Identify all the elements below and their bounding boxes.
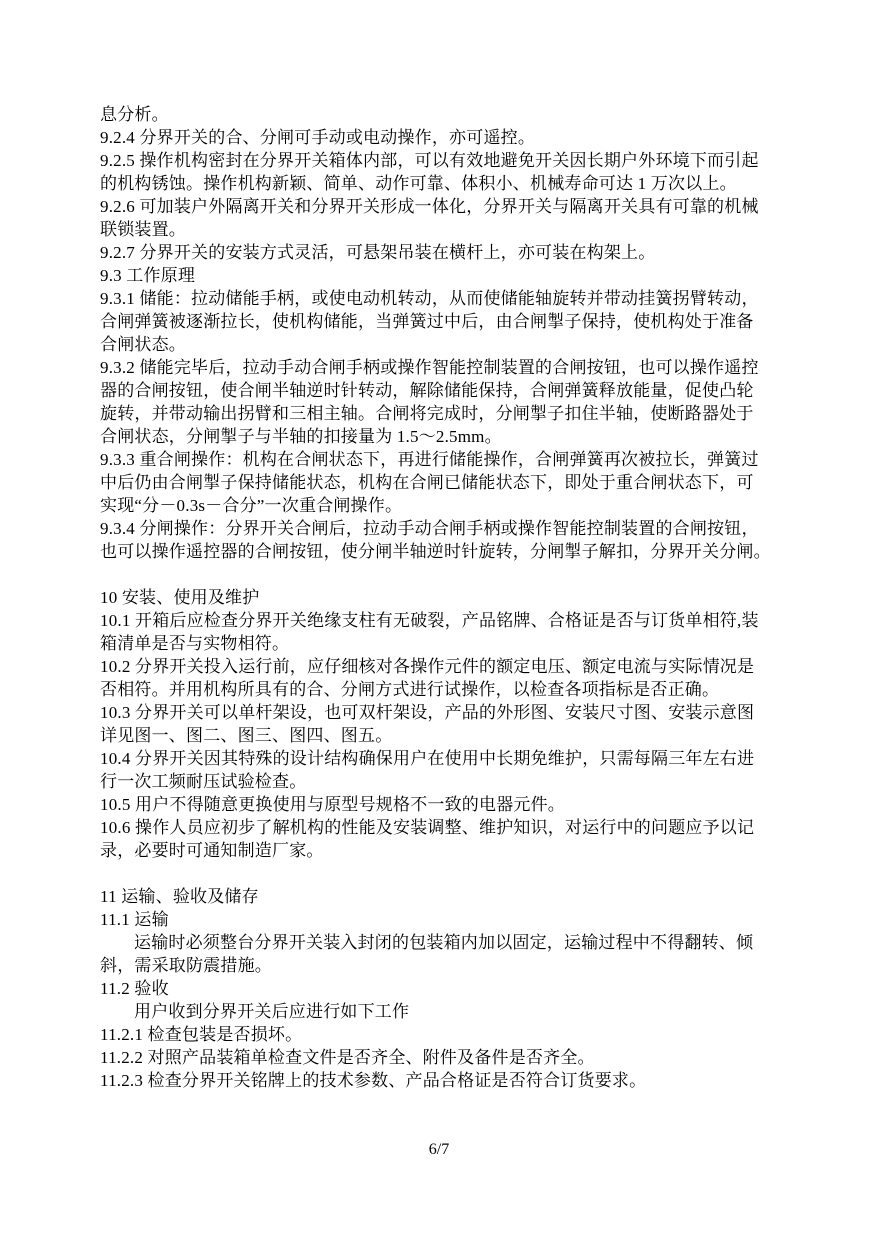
doc-line: 录，必要时可通知制造厂家。 xyxy=(100,839,800,862)
section-11-heading: 11 运输、验收及储存 xyxy=(100,885,800,908)
doc-line: 箱清单是否与实物相符。 xyxy=(100,632,800,655)
doc-line: 9.2.4 分界开关的合、分闸可手动或电动操作，亦可遥控。 xyxy=(100,126,800,149)
doc-line: 运输时必须整台分界开关装入封闭的包装箱内加以固定，运输过程中不得翻转、倾 xyxy=(100,931,800,954)
doc-line: 10.4 分界开关因其特殊的设计结构确保用户在使用中长期免维护，只需每隔三年左右… xyxy=(100,747,800,770)
doc-line: 的机构锈蚀。操作机构新颖、简单、动作可靠、体积小、机械寿命可达 1 万次以上。 xyxy=(100,172,800,195)
doc-line: 9.2.5 操作机构密封在分界开关箱体内部，可以有效地避免开关因长期户外环境下而… xyxy=(100,149,800,172)
doc-line: 10.6 操作人员应初步了解机构的性能及安装调整、维护知识，对运行中的问题应予以… xyxy=(100,816,800,839)
doc-line: 详见图一、图二、图三、图四、图五。 xyxy=(100,724,800,747)
doc-line: 实现“分－0.3s－合分”一次重合闸操作。 xyxy=(100,494,800,517)
document-body: 息分析。 9.2.4 分界开关的合、分闸可手动或电动操作，亦可遥控。 9.2.5… xyxy=(100,103,800,1092)
doc-line: 联锁装置。 xyxy=(100,218,800,241)
doc-line: 用户收到分界开关后应进行如下工作 xyxy=(100,1000,800,1023)
doc-line: 否相符。并用机构所具有的合、分闸方式进行试操作，以检查各项指标是否正确。 xyxy=(100,678,800,701)
doc-line: 合闸状态，分闸掣子与半轴的扣接量为 1.5～2.5mm。 xyxy=(100,425,800,448)
doc-line: 10.5 用户不得随意更换使用与原型号规格不一致的电器元件。 xyxy=(100,793,800,816)
document-page: 息分析。 9.2.4 分界开关的合、分闸可手动或电动操作，亦可遥控。 9.2.5… xyxy=(0,0,878,1241)
doc-line: 息分析。 xyxy=(100,103,800,126)
section-10-heading: 10 安装、使用及维护 xyxy=(100,586,800,609)
doc-line: 行一次工频耐压试验检查。 xyxy=(100,770,800,793)
doc-line: 器的合闸按钮，使合闸半轴逆时针转动，解除储能保持，合闸弹簧释放能量，促使凸轮 xyxy=(100,379,800,402)
doc-line: 10.2 分界开关投入运行前，应仔细核对各操作元件的额定电压、额定电流与实际情况… xyxy=(100,655,800,678)
doc-line: 也可以操作遥控器的合闸按钮，使分闸半轴逆时针旋转，分闸掣子解扣，分界开关分闸。 xyxy=(100,540,800,563)
doc-line: 9.3.2 储能完毕后，拉动手动合闸手柄或操作智能控制装置的合闸按钮，也可以操作… xyxy=(100,356,800,379)
doc-line: 9.2.6 可加装户外隔离开关和分界开关形成一体化，分界开关与隔离开关具有可靠的… xyxy=(100,195,800,218)
section-9-3-heading: 9.3 工作原理 xyxy=(100,264,800,287)
doc-line: 合闸弹簧被逐渐拉长，使机构储能，当弹簧过中后，由合闸掣子保持，使机构处于准备 xyxy=(100,310,800,333)
doc-line: 中后仍由合闸掣子保持储能状态，机构在合闸已储能状态下，即处于重合闸状态下，可 xyxy=(100,471,800,494)
section-11-2-heading: 11.2 验收 xyxy=(100,977,800,1000)
doc-line: 9.3.1 储能：拉动储能手柄，或使电动机转动，从而使储能轴旋转并带动挂簧拐臂转… xyxy=(100,287,800,310)
doc-line: 11.2.3 检查分界开关铭牌上的技术参数、产品合格证是否符合订货要求。 xyxy=(100,1069,800,1092)
doc-line: 9.3.3 重合闸操作：机构在合闸状态下，再进行储能操作，合闸弹簧再次被拉长，弹… xyxy=(100,448,800,471)
doc-line: 11.2.1 检查包装是否损坏。 xyxy=(100,1023,800,1046)
section-11-1-heading: 11.1 运输 xyxy=(100,908,800,931)
doc-line: 10.1 开箱后应检查分界开关绝缘支柱有无破裂，产品铭牌、合格证是否与订货单相符… xyxy=(100,609,800,632)
doc-line: 11.2.2 对照产品装箱单检查文件是否齐全、附件及备件是否齐全。 xyxy=(100,1046,800,1069)
doc-line: 斜，需采取防震措施。 xyxy=(100,954,800,977)
doc-line: 9.3.4 分闸操作：分界开关合闸后，拉动手动合闸手柄或操作智能控制装置的合闸按… xyxy=(100,517,800,540)
doc-line: 旋转，并带动输出拐臂和三相主轴。合闸将完成时，分闸掣子扣住半轴，使断路器处于 xyxy=(100,402,800,425)
doc-line: 合闸状态。 xyxy=(100,333,800,356)
page-number: 6/7 xyxy=(0,1140,878,1160)
doc-line: 10.3 分界开关可以单杆架设，也可双杆架设，产品的外形图、安装尺寸图、安装示意… xyxy=(100,701,800,724)
doc-line: 9.2.7 分界开关的安装方式灵活，可悬架吊装在横杆上，亦可装在构架上。 xyxy=(100,241,800,264)
